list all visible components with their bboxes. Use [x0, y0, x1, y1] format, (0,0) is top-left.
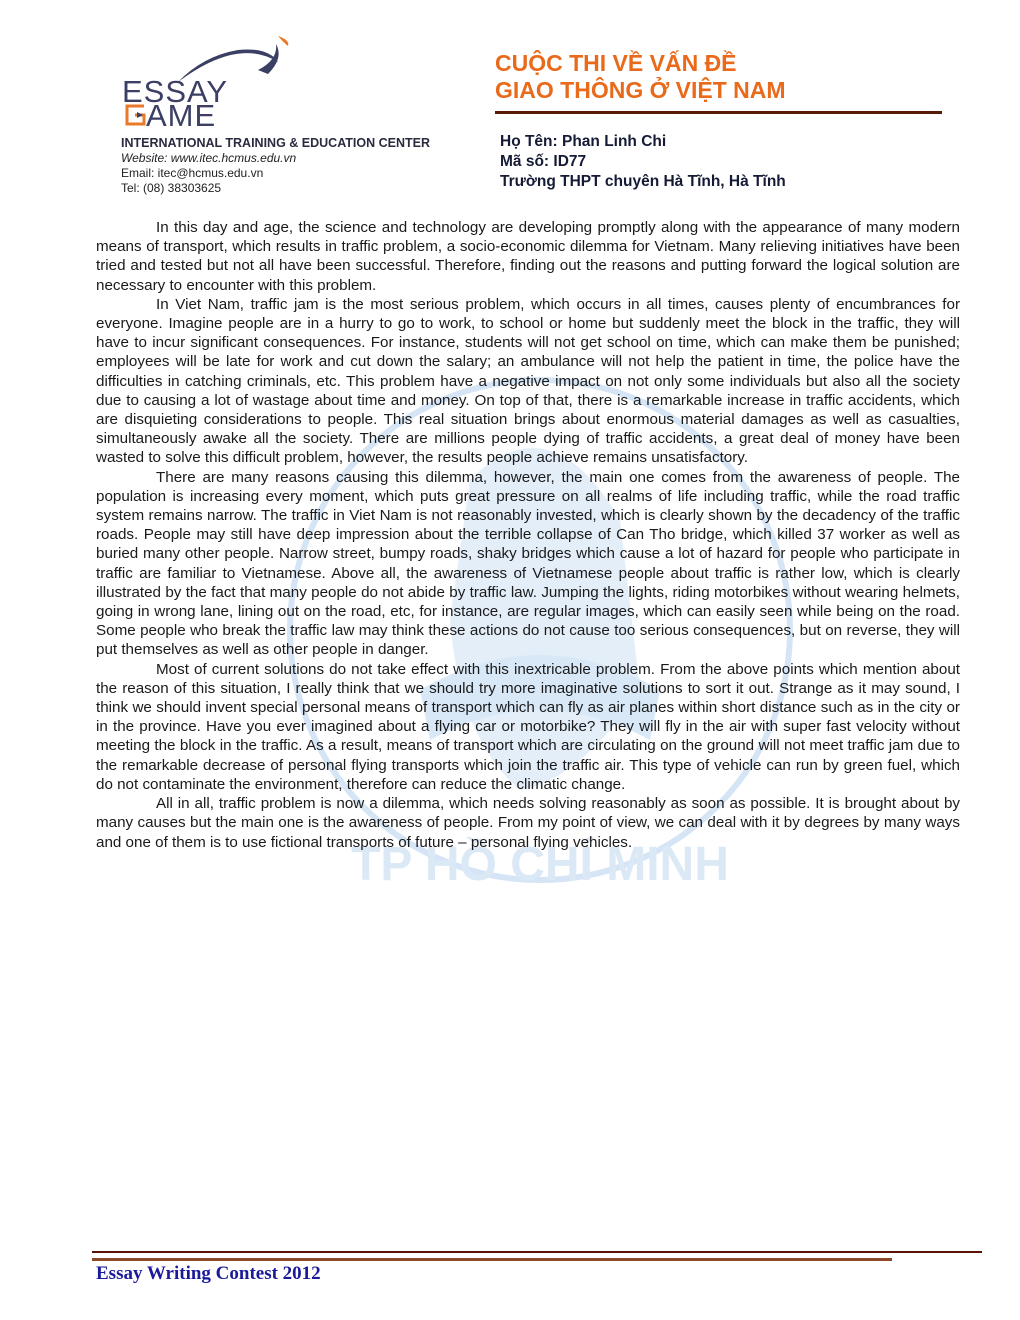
title-line-2: GIAO THÔNG Ở VIỆT NAM — [495, 77, 786, 104]
org-website: Website: www.itec.hcmus.edu.vn — [121, 151, 430, 166]
essay-paragraph: In this day and age, the science and tec… — [96, 218, 960, 295]
essay-paragraph: There are many reasons causing this dile… — [96, 468, 960, 660]
author-name: Họ Tên: Phan Linh Chi — [500, 132, 786, 152]
logo-g-icon — [124, 103, 146, 127]
title-line-1: CUỘC THI VỀ VẤN ĐỀ — [495, 50, 786, 77]
author-id: Mã số: ID77 — [500, 152, 786, 172]
essay-body: In this day and age, the science and tec… — [96, 218, 960, 852]
essay-paragraph: In Viet Nam, traffic jam is the most ser… — [96, 295, 960, 468]
footer-contest-label: Essay Writing Contest 2012 — [96, 1263, 321, 1285]
footer-divider-top — [92, 1251, 982, 1253]
org-email: Email: itec@hcmus.edu.vn — [121, 166, 430, 181]
org-tel: Tel: (08) 38303625 — [121, 181, 430, 196]
author-school: Trường THPT chuyên Hà Tĩnh, Hà Tĩnh — [500, 172, 786, 192]
essay-paragraph: Most of current solutions do not take ef… — [96, 660, 960, 794]
footer-divider-bottom — [92, 1258, 892, 1261]
contest-title: CUỘC THI VỀ VẤN ĐỀ GIAO THÔNG Ở VIỆT NAM — [495, 50, 786, 104]
essay-game-logo: ESSAY AME — [118, 32, 298, 132]
title-divider — [495, 111, 942, 114]
essay-paragraph: All in all, traffic problem is now a dil… — [96, 794, 960, 852]
author-info: Họ Tên: Phan Linh Chi Mã số: ID77 Trường… — [500, 132, 786, 192]
org-name: INTERNATIONAL TRAINING & EDUCATION CENTE… — [121, 136, 430, 151]
logo-game-text: AME — [146, 100, 216, 131]
organization-info: INTERNATIONAL TRAINING & EDUCATION CENTE… — [121, 136, 430, 196]
